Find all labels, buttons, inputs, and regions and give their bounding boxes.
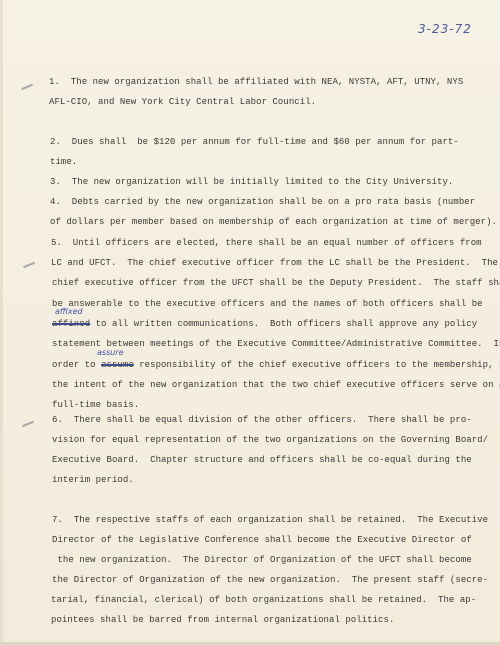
handwritten-insertion: affixed <box>55 307 83 316</box>
page-edge-left <box>0 0 3 645</box>
text-line: chief executive officer from the UFCT sh… <box>52 278 500 288</box>
handwritten-insertion: assure <box>97 348 124 357</box>
text-line: the intent of the new organization that … <box>52 380 500 390</box>
text-line: vision for equal representation of the t… <box>52 435 488 445</box>
text-line: 1. The new organization shall be affilia… <box>49 77 463 87</box>
text-line: Director of the Legislative Conference s… <box>52 535 472 545</box>
text-line: affixed to all written communications. B… <box>52 319 477 329</box>
margin-tick-mark <box>21 84 33 90</box>
text-line: 3. The new organization will be initiall… <box>50 177 453 187</box>
struck-word: assume <box>101 360 134 370</box>
text-line: 4. Debts carried by the new organization… <box>50 197 475 207</box>
text-line: time. <box>50 157 77 167</box>
text-line: 5. Until officers are elected, there sha… <box>51 238 482 248</box>
text-line: interim period. <box>52 475 134 485</box>
margin-tick-mark <box>22 421 34 427</box>
text-line: pointees shall be barred from internal o… <box>51 615 394 625</box>
text-line: Executive Board. Chapter structure and o… <box>52 455 472 465</box>
text-line: tarial, financial, clerical) of both org… <box>51 595 476 605</box>
document-page: 3-23-72 1. The new organization shall be… <box>0 0 500 645</box>
text-line: be answerable to the executive officers … <box>52 299 483 309</box>
text-line: AFL-CIO, and New York City Central Labor… <box>49 97 316 107</box>
text-line: 2. Dues shall be $120 per annum for full… <box>50 137 459 147</box>
text-line: order to assume responsibility of the ch… <box>52 360 500 370</box>
struck-word: affixed <box>52 319 90 329</box>
text-line: the new organization. The Director of Or… <box>52 555 472 565</box>
margin-tick-mark <box>23 262 35 268</box>
text-line: the Director of Organization of the new … <box>52 575 488 585</box>
handwritten-date: 3-23-72 <box>418 22 472 36</box>
text-line: LC and UFCT. The chief executive officer… <box>51 258 498 268</box>
text-line: of dollars per member based on membershi… <box>50 217 497 227</box>
text-line: 6. There shall be equal division of the … <box>52 415 472 425</box>
text-line: full-time basis. <box>52 400 139 410</box>
text-line: 7. The respective staffs of each organiz… <box>52 515 488 525</box>
